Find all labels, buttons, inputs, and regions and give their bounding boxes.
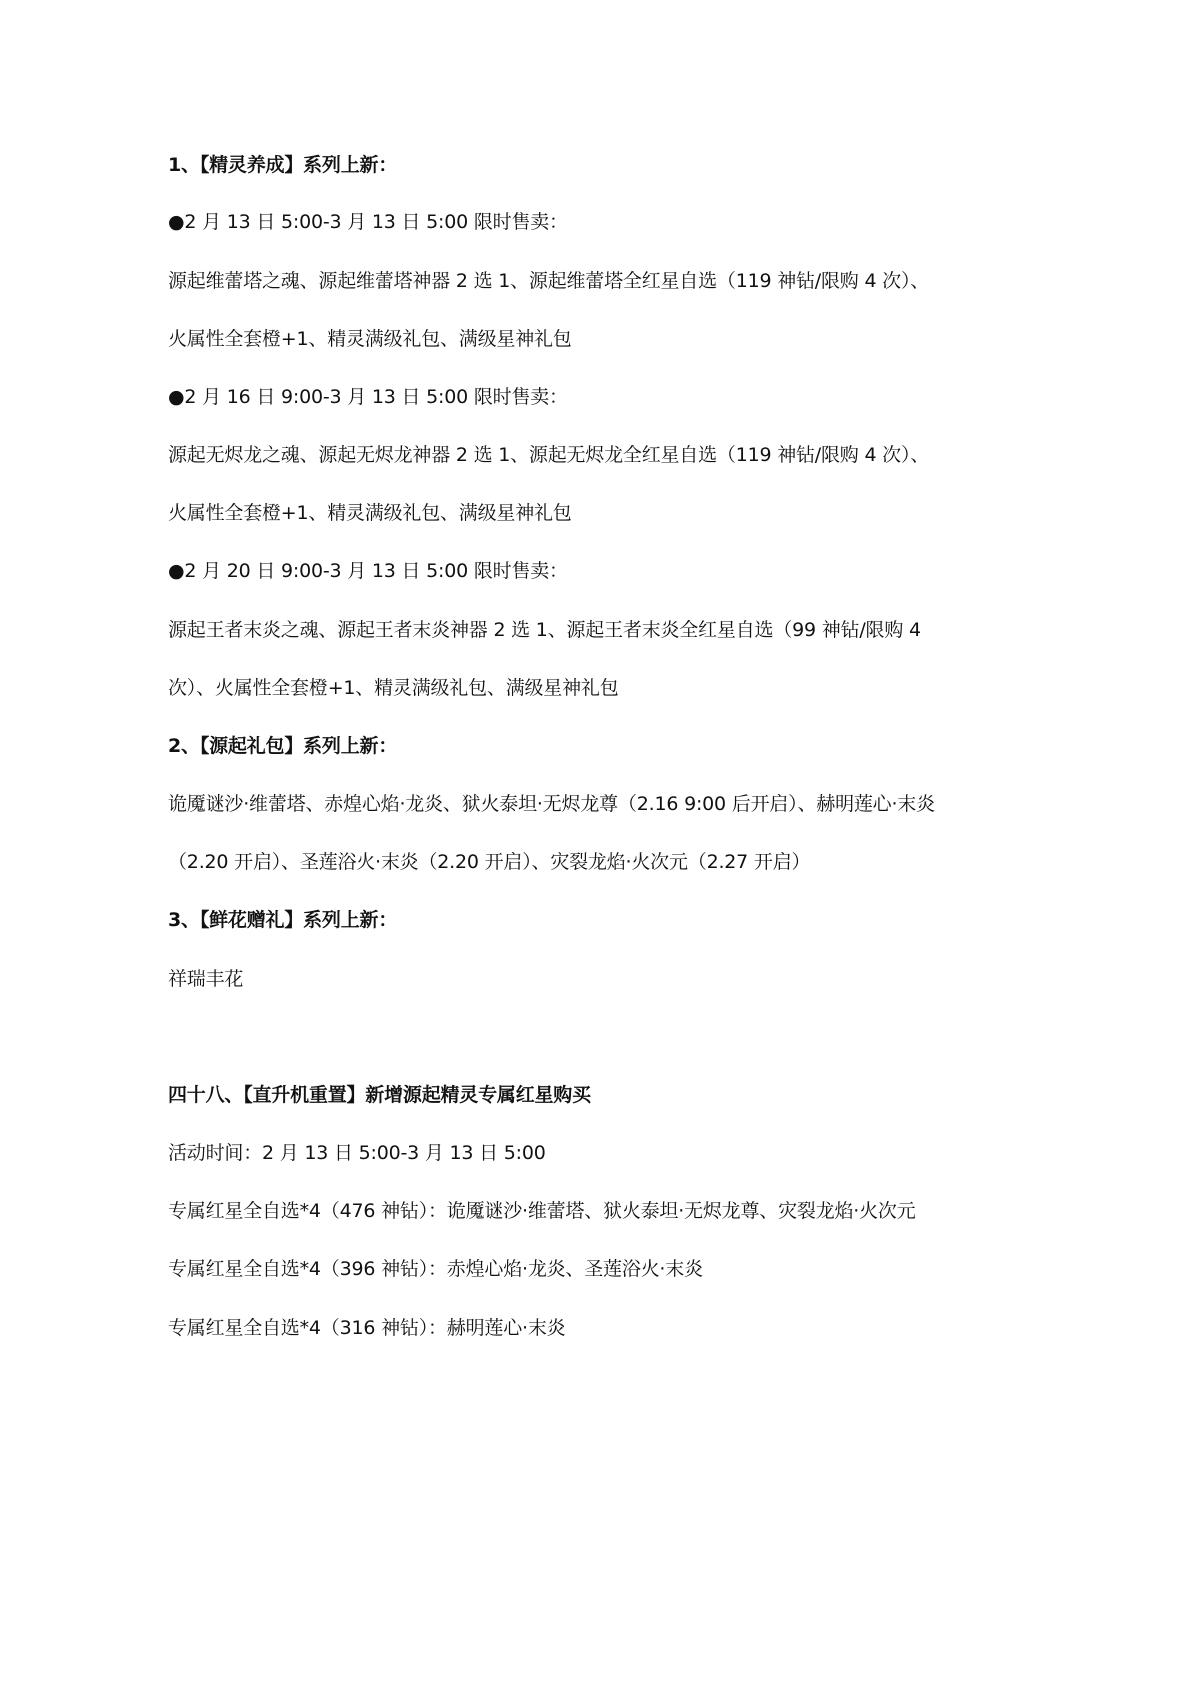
- sale-items-3-line-1: 源起王者末炎之魂、源起王者末炎神器 2 选 1、源起王者末炎全红星自选（99 神…: [168, 617, 921, 643]
- section-48-heading: 四十八、【直升机重置】新增源起精灵专属红星购买: [168, 1082, 591, 1108]
- sale-date-3: ●2 月 20 日 9:00-3 月 13 日 5:00 限时售卖：: [168, 558, 568, 584]
- sale-items-1-line-2: 火属性全套橙+1、精灵满级礼包、满级星神礼包: [168, 326, 572, 352]
- red-star-item-3: 专属红星全自选*4（316 神钻）：赫明莲心·末炎: [168, 1315, 565, 1341]
- sale-items-2-line-1: 源起无烬龙之魂、源起无烬龙神器 2 选 1、源起无烬龙全红星自选（119 神钻/…: [168, 442, 929, 468]
- sale-items-1-line-1: 源起维蕾塔之魂、源起维蕾塔神器 2 选 1、源起维蕾塔全红星自选（119 神钻/…: [168, 268, 929, 294]
- red-star-item-1: 专属红星全自选*4（476 神钻）：诡魇谜沙·维蕾塔、狱火泰坦·无烬龙尊、灾裂龙…: [168, 1198, 916, 1224]
- flower-gift-item: 祥瑞丰花: [168, 966, 243, 992]
- sale-items-2-line-2: 火属性全套橙+1、精灵满级礼包、满级星神礼包: [168, 500, 572, 526]
- section-3-heading: 3、【鲜花赠礼】系列上新：: [168, 907, 397, 933]
- section-2-heading: 2、【源起礼包】系列上新：: [168, 733, 397, 759]
- red-star-item-2: 专属红星全自选*4（396 神钻）：赤煌心焰·龙炎、圣莲浴火·末炎: [168, 1256, 703, 1282]
- sale-date-1: ●2 月 13 日 5:00-3 月 13 日 5:00 限时售卖：: [168, 209, 568, 235]
- sale-date-2: ●2 月 16 日 9:00-3 月 13 日 5:00 限时售卖：: [168, 384, 568, 410]
- sale-items-3-line-2: 次）、火属性全套橙+1、精灵满级礼包、满级星神礼包: [168, 675, 619, 701]
- gift-pack-line-2: （2.20 开启）、圣莲浴火·末炎（2.20 开启）、灾裂龙焰·火次元（2.27…: [168, 849, 810, 875]
- activity-time: 活动时间：2 月 13 日 5:00-3 月 13 日 5:00: [168, 1140, 546, 1166]
- section-1-heading: 1、【精灵养成】系列上新：: [168, 152, 397, 178]
- gift-pack-line-1: 诡魇谜沙·维蕾塔、赤煌心焰·龙炎、狱火泰坦·无烬龙尊（2.16 9:00 后开启…: [168, 791, 935, 817]
